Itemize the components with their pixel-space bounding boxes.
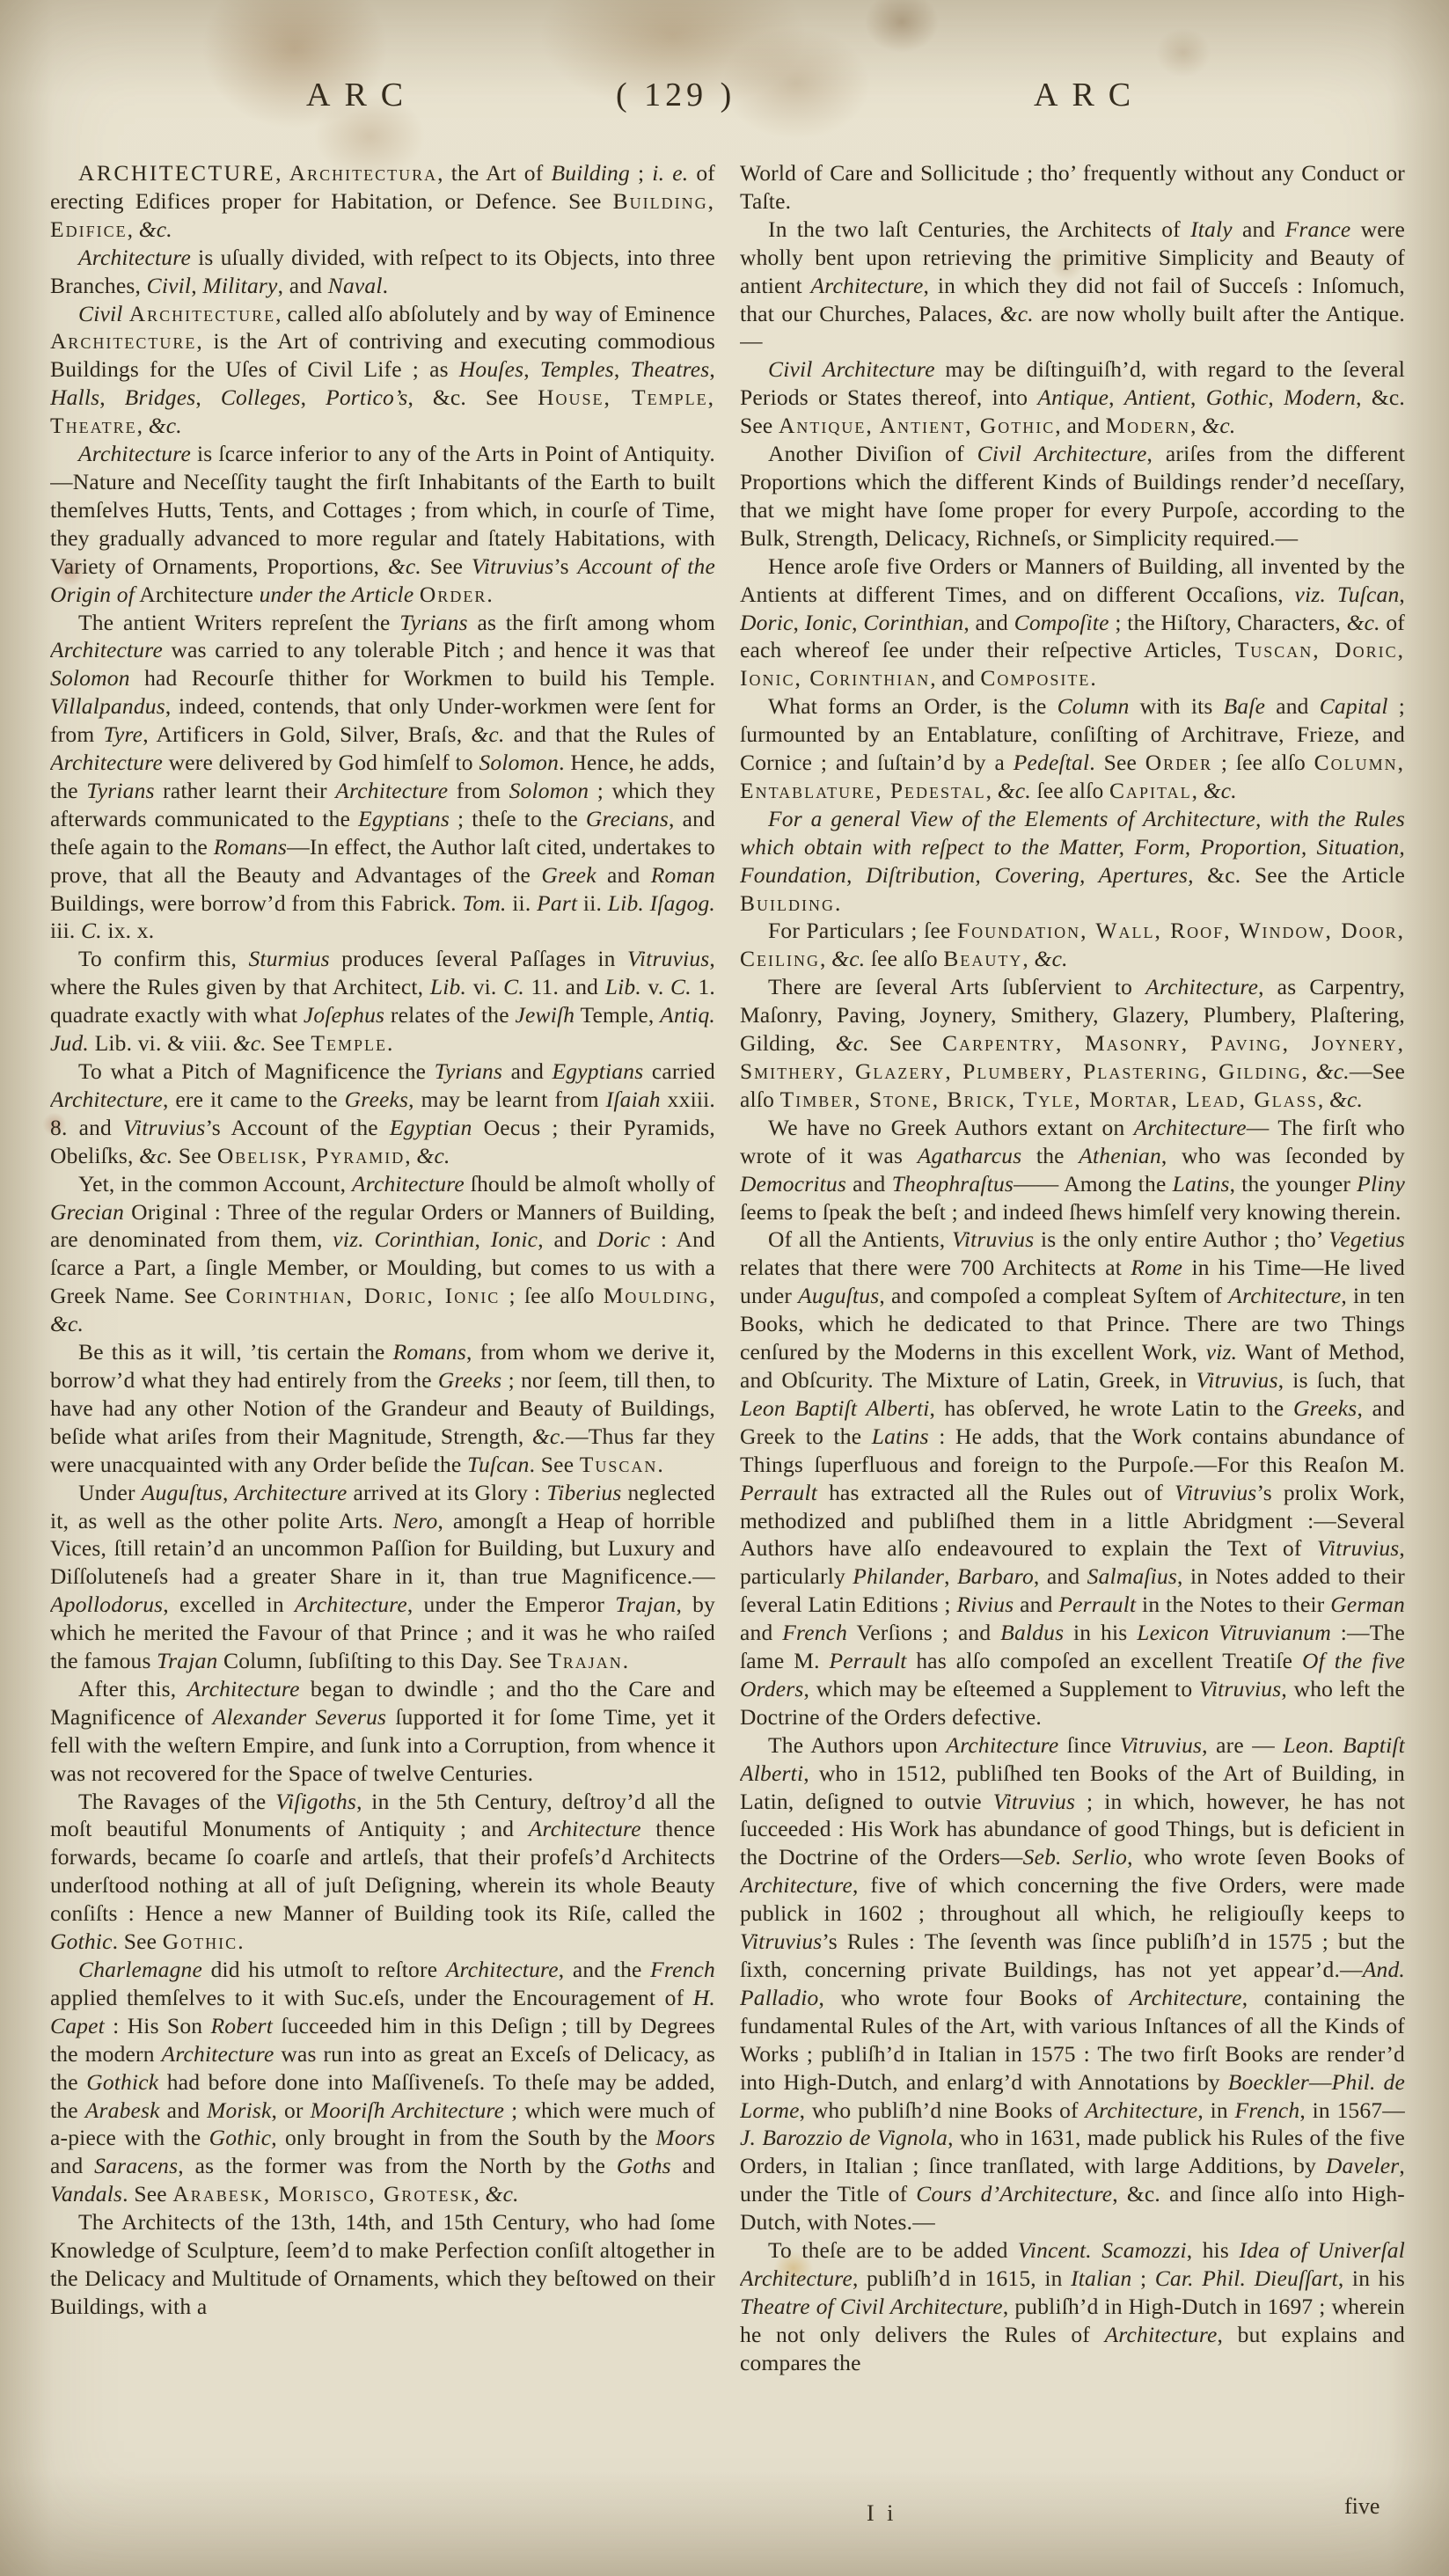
paragraph: In the two laſt Centuries, the Architect… (740, 216, 1405, 356)
paragraph: After this, Architecture began to dwindl… (50, 1675, 715, 1788)
paragraph: Hence aroſe five Orders or Manners of Bu… (740, 553, 1405, 693)
paragraph: The Ravages of the Viſigoths, in the 5th… (50, 1788, 715, 1956)
paragraph: To what a Pitch of Magnificence the Tyri… (50, 1057, 715, 1170)
paragraph: Civil Architecture may be diſtinguiſh’d,… (740, 355, 1405, 440)
running-header-right: ARC (1034, 76, 1145, 114)
paragraph: Civil Architecture, called alſo abſolute… (50, 300, 715, 441)
catchword: five (1344, 2493, 1379, 2520)
paragraph: ARCHITECTURE, Architectura, the Art of B… (50, 159, 715, 244)
text-columns: ARCHITECTURE, Architectura, the Art of B… (50, 159, 1405, 2548)
paragraph: To confirm this, Sturmius produces ſever… (50, 945, 715, 1057)
paragraph: We have no Greek Authors extant on Archi… (740, 1114, 1405, 1226)
running-header: ARC ( 129 ) ARC (0, 76, 1449, 128)
scanned-book-page: ARC ( 129 ) ARC ARCHITECTURE, Architectu… (0, 0, 1449, 2576)
signature-mark: I i (867, 2500, 896, 2527)
column-right: World of Care and Sollicitude ; tho’ fre… (740, 159, 1405, 2548)
column-left: ARCHITECTURE, Architectura, the Art of B… (50, 159, 715, 2548)
page-number: ( 129 ) (616, 76, 735, 114)
paragraph: Of all the Antients, Vitruvius is the on… (740, 1226, 1405, 1731)
paragraph: The Architects of the 13th, 14th, and 15… (50, 2208, 715, 2321)
paragraph: Charlemagne did his utmoſt to reſtore Ar… (50, 1956, 715, 2208)
paragraph: Architecture is uſually divided, with re… (50, 244, 715, 300)
paragraph: Under Auguſtus, Architecture arrived at … (50, 1479, 715, 1675)
paragraph: What forms an Order, is the Column with … (740, 692, 1405, 805)
paragraph: The antient Writers repreſent the Tyrian… (50, 609, 715, 946)
paragraph: Architecture is ſcarce inferior to any o… (50, 440, 715, 608)
paragraph: Be this as it will, ’tis certain the Rom… (50, 1338, 715, 1479)
paragraph: For a general View of the Elements of Ar… (740, 805, 1405, 918)
paragraph: There are ſeveral Arts ſubſervient to Ar… (740, 973, 1405, 1114)
paragraph: The Authors upon Architecture ſince Vitr… (740, 1731, 1405, 2236)
running-header-left: ARC (306, 76, 417, 114)
paragraph: To theſe are to be added Vincent. Scamoz… (740, 2236, 1405, 2377)
paragraph: World of Care and Sollicitude ; tho’ fre… (740, 159, 1405, 216)
paragraph: For Particulars ; ſee Foundation, Wall, … (740, 917, 1405, 973)
paragraph: Another Diviſion of Civil Architecture, … (740, 440, 1405, 553)
paragraph: Yet, in the common Account, Architecture… (50, 1170, 715, 1338)
